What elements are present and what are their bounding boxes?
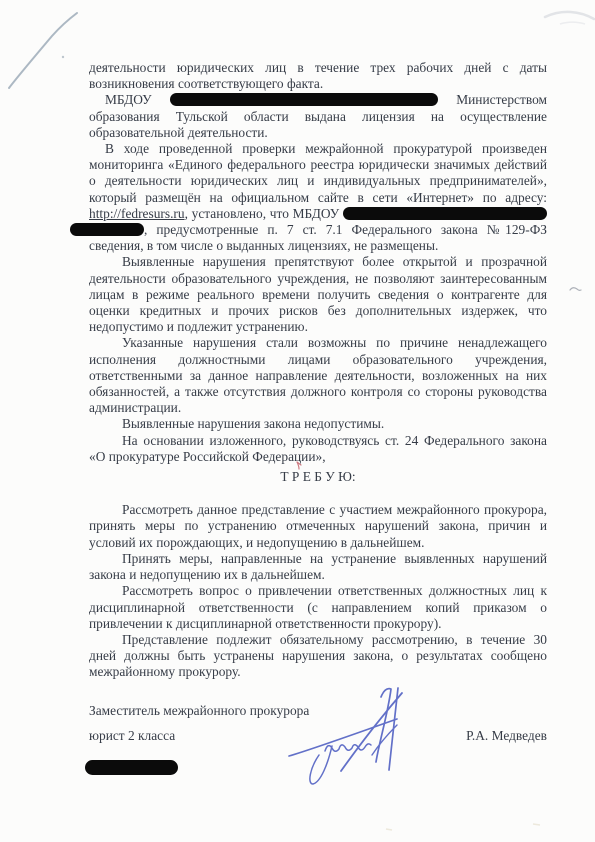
pencil-dot bbox=[62, 56, 64, 58]
paragraph: Выявленные нарушения препятствуют более … bbox=[89, 254, 547, 335]
redaction-bar bbox=[85, 760, 178, 775]
paragraph: В ходе проведенной проверки межрайонной … bbox=[89, 141, 547, 254]
redaction-bar bbox=[70, 223, 144, 236]
paragraph: деятельности юридических лиц в течение т… bbox=[89, 60, 547, 92]
faint-speck bbox=[533, 824, 540, 825]
paragraph-text: , установлено, что МБДОУ bbox=[185, 206, 340, 221]
signer-rank-line: юрист 2 класса bbox=[89, 728, 175, 744]
faint-speck bbox=[386, 829, 392, 830]
redaction-bar bbox=[170, 93, 438, 106]
pencil-mark bbox=[9, 13, 77, 88]
tilde-mark bbox=[570, 288, 581, 291]
paragraph-text: , предусмотренные п. 7 ст. 7.1 Федеральн… bbox=[89, 222, 547, 253]
paragraph: Рассмотреть вопрос о привлечении ответст… bbox=[89, 583, 547, 632]
redaction-bar bbox=[343, 207, 547, 220]
smudge-mark bbox=[560, 22, 585, 24]
paragraph-text: В ходе проведенной проверки межрайонной … bbox=[89, 141, 547, 205]
document-body: деятельности юридических лиц в течение т… bbox=[89, 60, 547, 775]
paragraph-text: МБДОУ bbox=[105, 92, 152, 107]
demand-heading: Т Р Е Б У Ю: bbox=[89, 469, 547, 485]
scanned-document-page: деятельности юридических лиц в течение т… bbox=[0, 0, 595, 842]
signature-ink bbox=[283, 683, 408, 788]
paragraph: На основании изложенного, руководствуясь… bbox=[89, 433, 547, 465]
paragraph: Принять меры, направленные на устранение… bbox=[89, 551, 547, 583]
paragraph: Представление подлежит обязательному рас… bbox=[89, 632, 547, 681]
fedresurs-link[interactable]: http://fedresurs.ru bbox=[89, 206, 185, 221]
paragraph: Указанные нарушения стали возможны по пр… bbox=[89, 335, 547, 416]
paragraph: Выявленные нарушения закона недопустимы. bbox=[89, 416, 547, 432]
signer-name: Р.А. Медведев bbox=[466, 728, 547, 744]
smudge-mark bbox=[545, 12, 594, 19]
paragraph: Рассмотреть данное представление с участ… bbox=[89, 502, 547, 551]
paragraph: МБДОУ Министерством образования Тульской… bbox=[89, 92, 547, 141]
